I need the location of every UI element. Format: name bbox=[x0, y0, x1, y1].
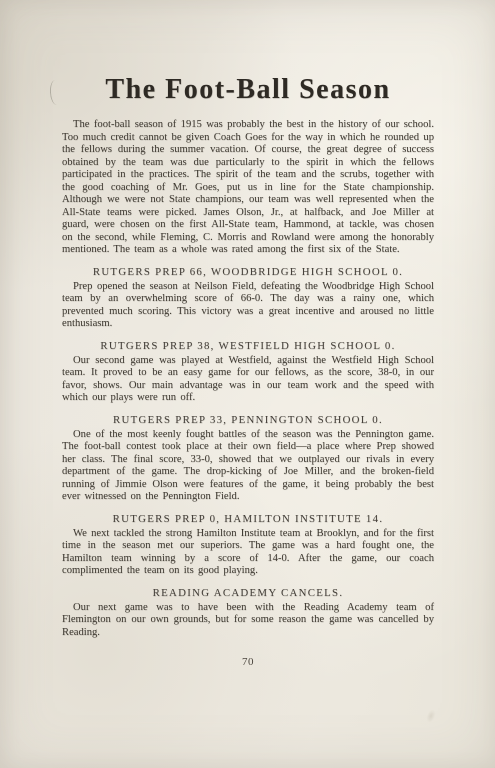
paper-smudge bbox=[425, 708, 437, 724]
section-heading: RUTGERS PREP 33, PENNINGTON SCHOOL 0. bbox=[62, 414, 434, 426]
pencil-mark bbox=[49, 80, 63, 106]
section-body: Prep opened the season at Neilson Field,… bbox=[62, 281, 434, 331]
section-body: Our second game was played at Westfield,… bbox=[62, 355, 434, 405]
section-woodbridge-game: RUTGERS PREP 66, WOODBRIDGE HIGH SCHOOL … bbox=[62, 266, 434, 331]
page-number: 70 bbox=[62, 656, 434, 668]
section-body: We next tackled the strong Hamilton Inst… bbox=[62, 528, 434, 578]
section-westfield-game: RUTGERS PREP 38, WESTFIELD HIGH SCHOOL 0… bbox=[62, 340, 434, 405]
section-heading: READING ACADEMY CANCELS. bbox=[62, 587, 434, 599]
section-body: One of the most keenly fought battles of… bbox=[62, 429, 434, 504]
page-content: The Foot-Ball Season The foot-ball seaso… bbox=[62, 74, 434, 668]
intro-paragraph: The foot-ball season of 1915 was probabl… bbox=[62, 119, 434, 257]
section-heading: RUTGERS PREP 38, WESTFIELD HIGH SCHOOL 0… bbox=[62, 340, 434, 352]
section-heading: RUTGERS PREP 66, WOODBRIDGE HIGH SCHOOL … bbox=[62, 266, 434, 278]
section-hamilton-game: RUTGERS PREP 0, HAMILTON INSTITUTE 14. W… bbox=[62, 513, 434, 578]
section-reading-cancel: READING ACADEMY CANCELS. Our next game w… bbox=[62, 587, 434, 640]
page-title: The Foot-Ball Season bbox=[62, 74, 434, 106]
section-pennington-game: RUTGERS PREP 33, PENNINGTON SCHOOL 0. On… bbox=[62, 414, 434, 504]
section-body: Our next game was to have been with the … bbox=[62, 602, 434, 640]
scanned-book-page: The Foot-Ball Season The foot-ball seaso… bbox=[0, 0, 495, 768]
section-heading: RUTGERS PREP 0, HAMILTON INSTITUTE 14. bbox=[62, 513, 434, 525]
